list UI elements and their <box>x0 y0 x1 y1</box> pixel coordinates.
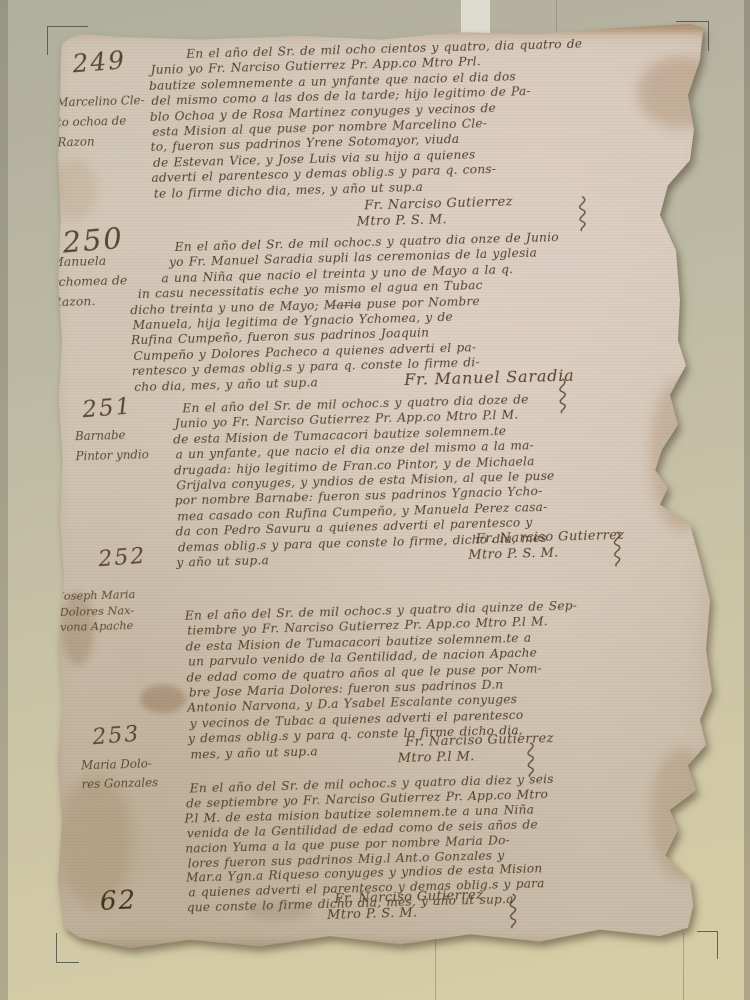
manuscript-paper-surface: 249 Marcelino Cle-to ochoa deRazon En el… <box>46 22 714 950</box>
manuscript-page: 249 Marcelino Cle-to ochoa deRazon En el… <box>46 22 714 950</box>
mat-left-edge <box>0 0 8 1000</box>
paper-edge-shading <box>46 22 714 950</box>
mat-right-edge <box>744 0 750 1000</box>
